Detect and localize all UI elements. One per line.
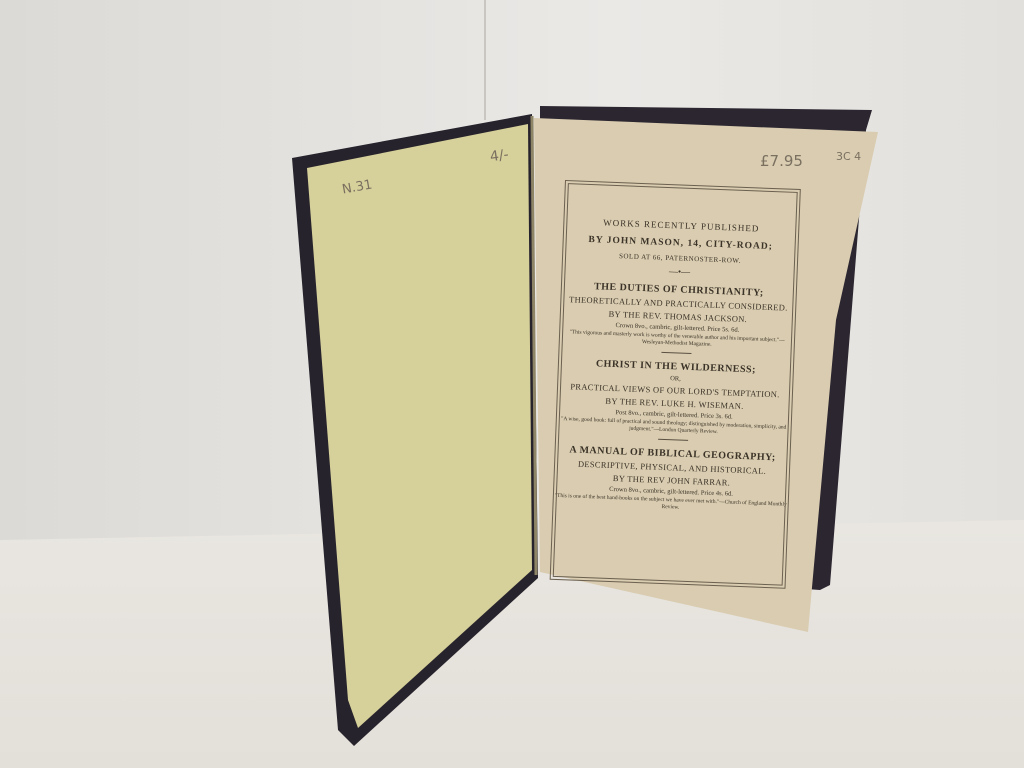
book	[0, 0, 1024, 768]
page-border	[550, 180, 801, 589]
handwritten-code-right: 3C 4	[836, 150, 861, 163]
handwritten-price-right: £7.95	[760, 152, 803, 170]
handwritten-price-left: 4/-	[489, 147, 510, 165]
advertisement-page: WORKS RECENTLY PUBLISHED BY JOHN MASON, …	[550, 180, 801, 589]
